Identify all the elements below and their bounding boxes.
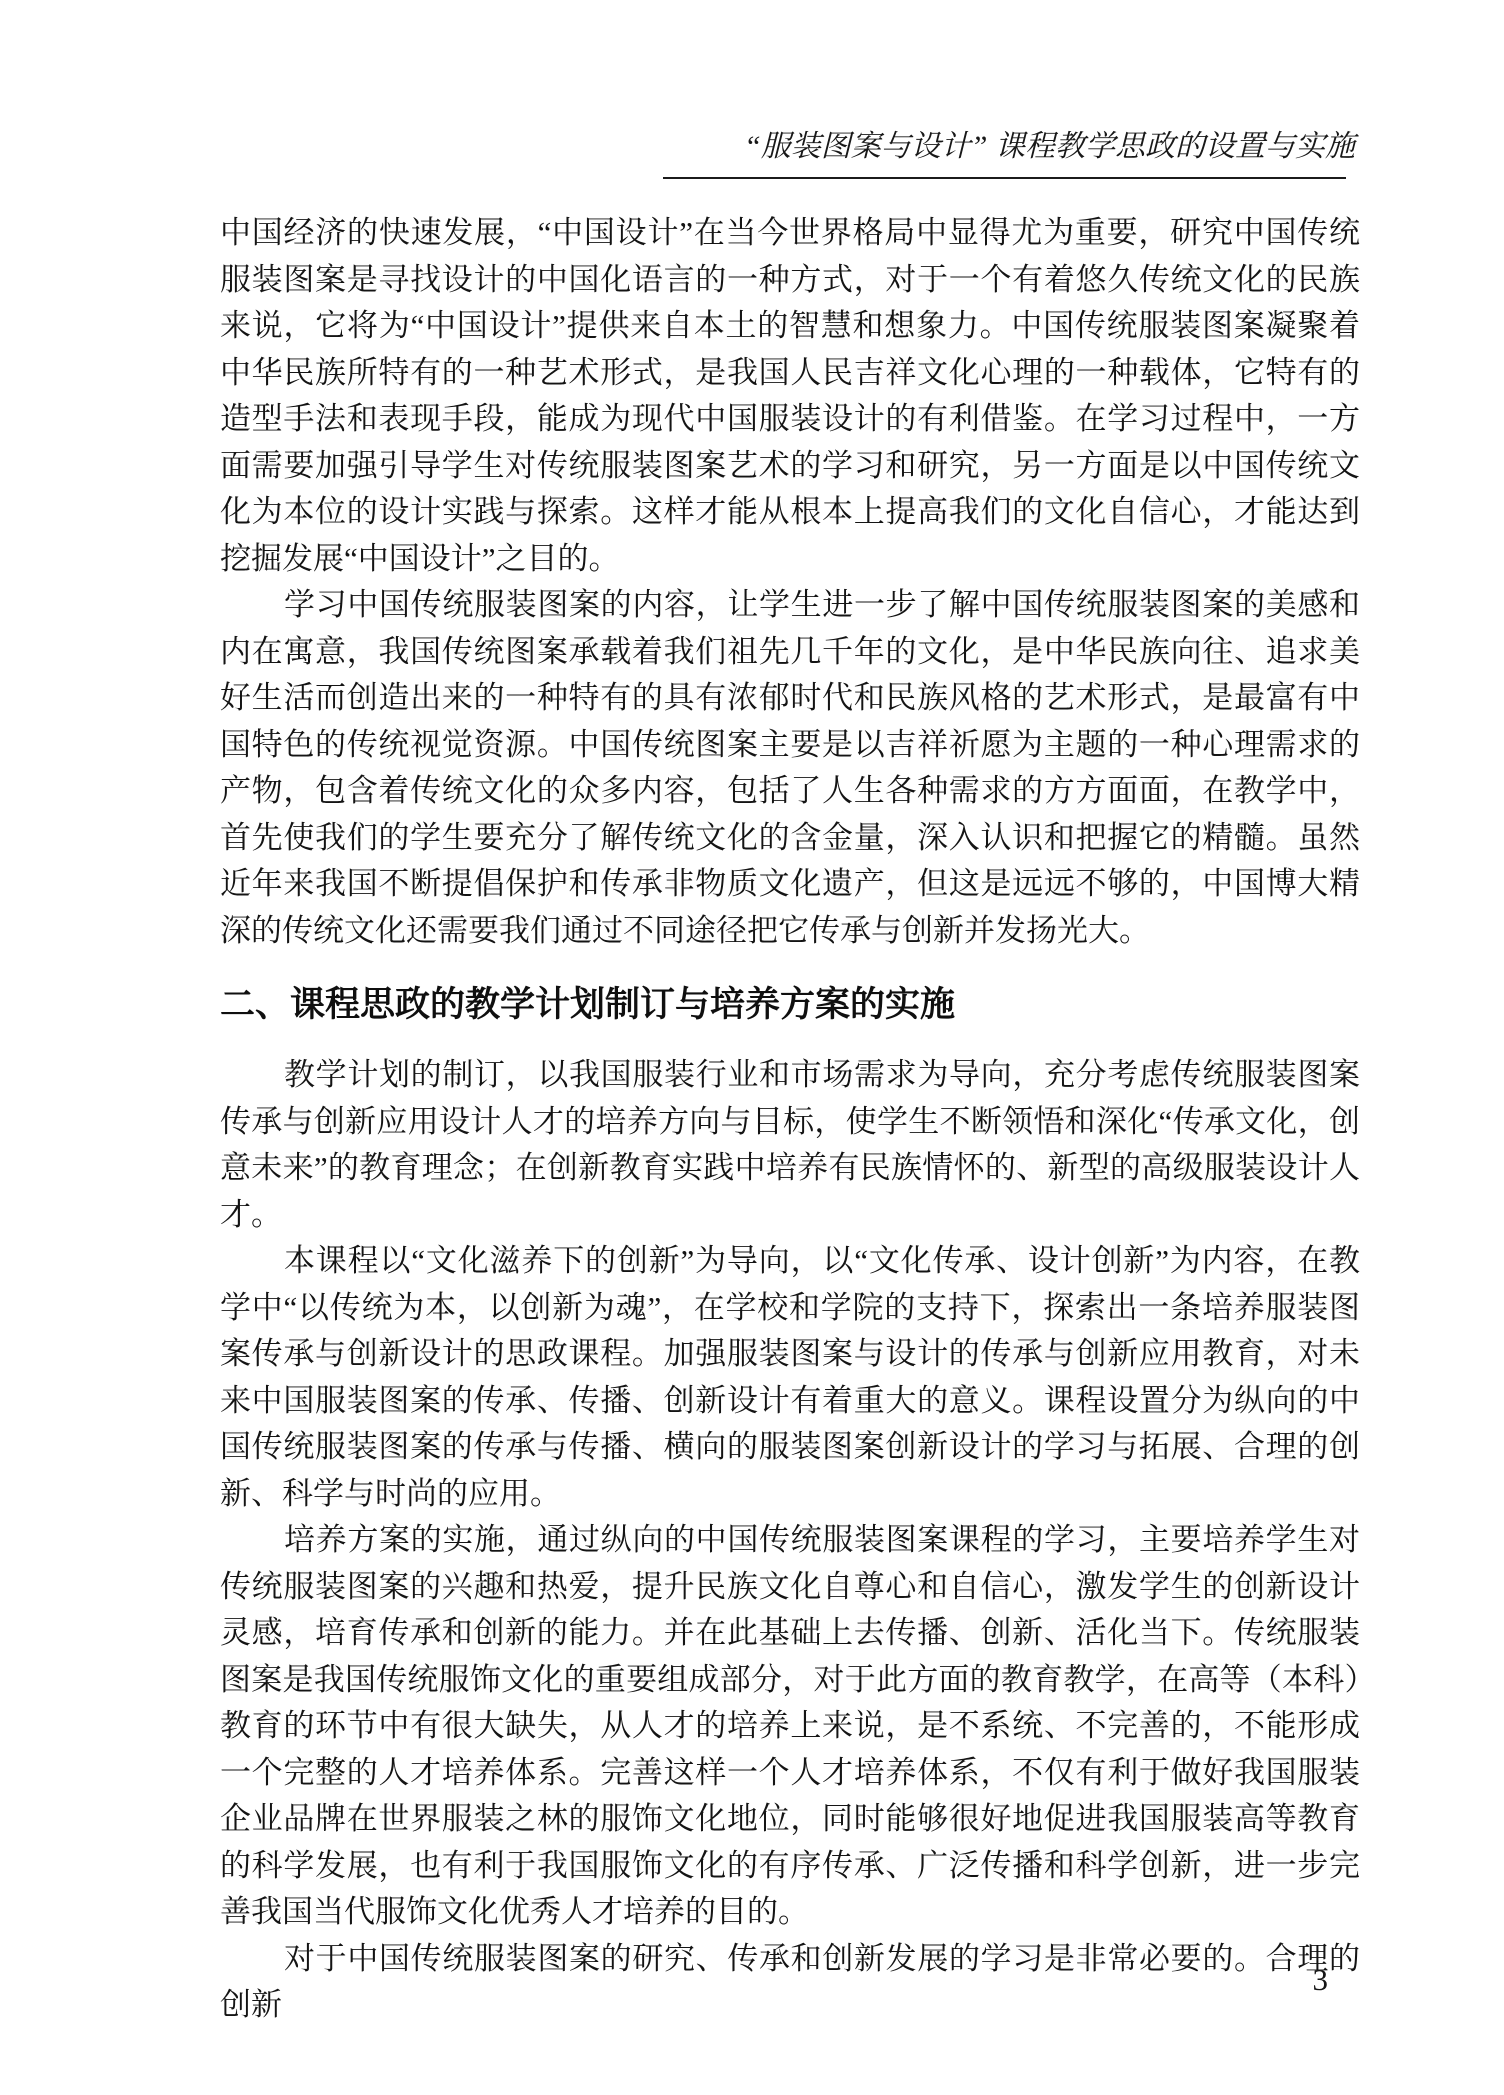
paragraph-continuation: 中国经济的快速发展，“中国设计”在当今世界格局中显得尤为重要，研究中国传统服装图…: [220, 210, 1360, 582]
running-header-title: “服装图案与设计” 课程教学思政的设置与实施: [744, 130, 1355, 163]
paragraph-5: 培养方案的实施，通过纵向的中国传统服装图案课程的学习，主要培养学生对传统服装图案…: [220, 1517, 1360, 1936]
paragraph-3: 教学计划的制订，以我国服装行业和市场需求为导向，充分考虑传统服装图案传承与创新应…: [220, 1052, 1360, 1238]
page-body: 中国经济的快速发展，“中国设计”在当今世界格局中显得尤为重要，研究中国传统服装图…: [220, 210, 1360, 2029]
document-page: “服装图案与设计” 课程教学思政的设置与实施 中国经济的快速发展，“中国设计”在…: [0, 0, 1504, 2095]
paragraph-2: 学习中国传统服装图案的内容，让学生进一步了解中国传统服装图案的美感和内在寓意，我…: [220, 582, 1360, 954]
paragraph-6: 对于中国传统服装图案的研究、传承和创新发展的学习是非常必要的。合理的创新: [220, 1936, 1360, 2029]
page-number: 3: [1313, 1962, 1329, 1998]
header-rule: [663, 177, 1346, 179]
paragraph-4: 本课程以“文化滋养下的创新”为导向，以“文化传承、设计创新”为内容，在教学中“以…: [220, 1238, 1360, 1517]
running-header: “服装图案与设计” 课程教学思政的设置与实施: [600, 128, 1355, 166]
section-heading: 二、课程思政的教学计划制订与培养方案的实施: [220, 980, 1360, 1030]
